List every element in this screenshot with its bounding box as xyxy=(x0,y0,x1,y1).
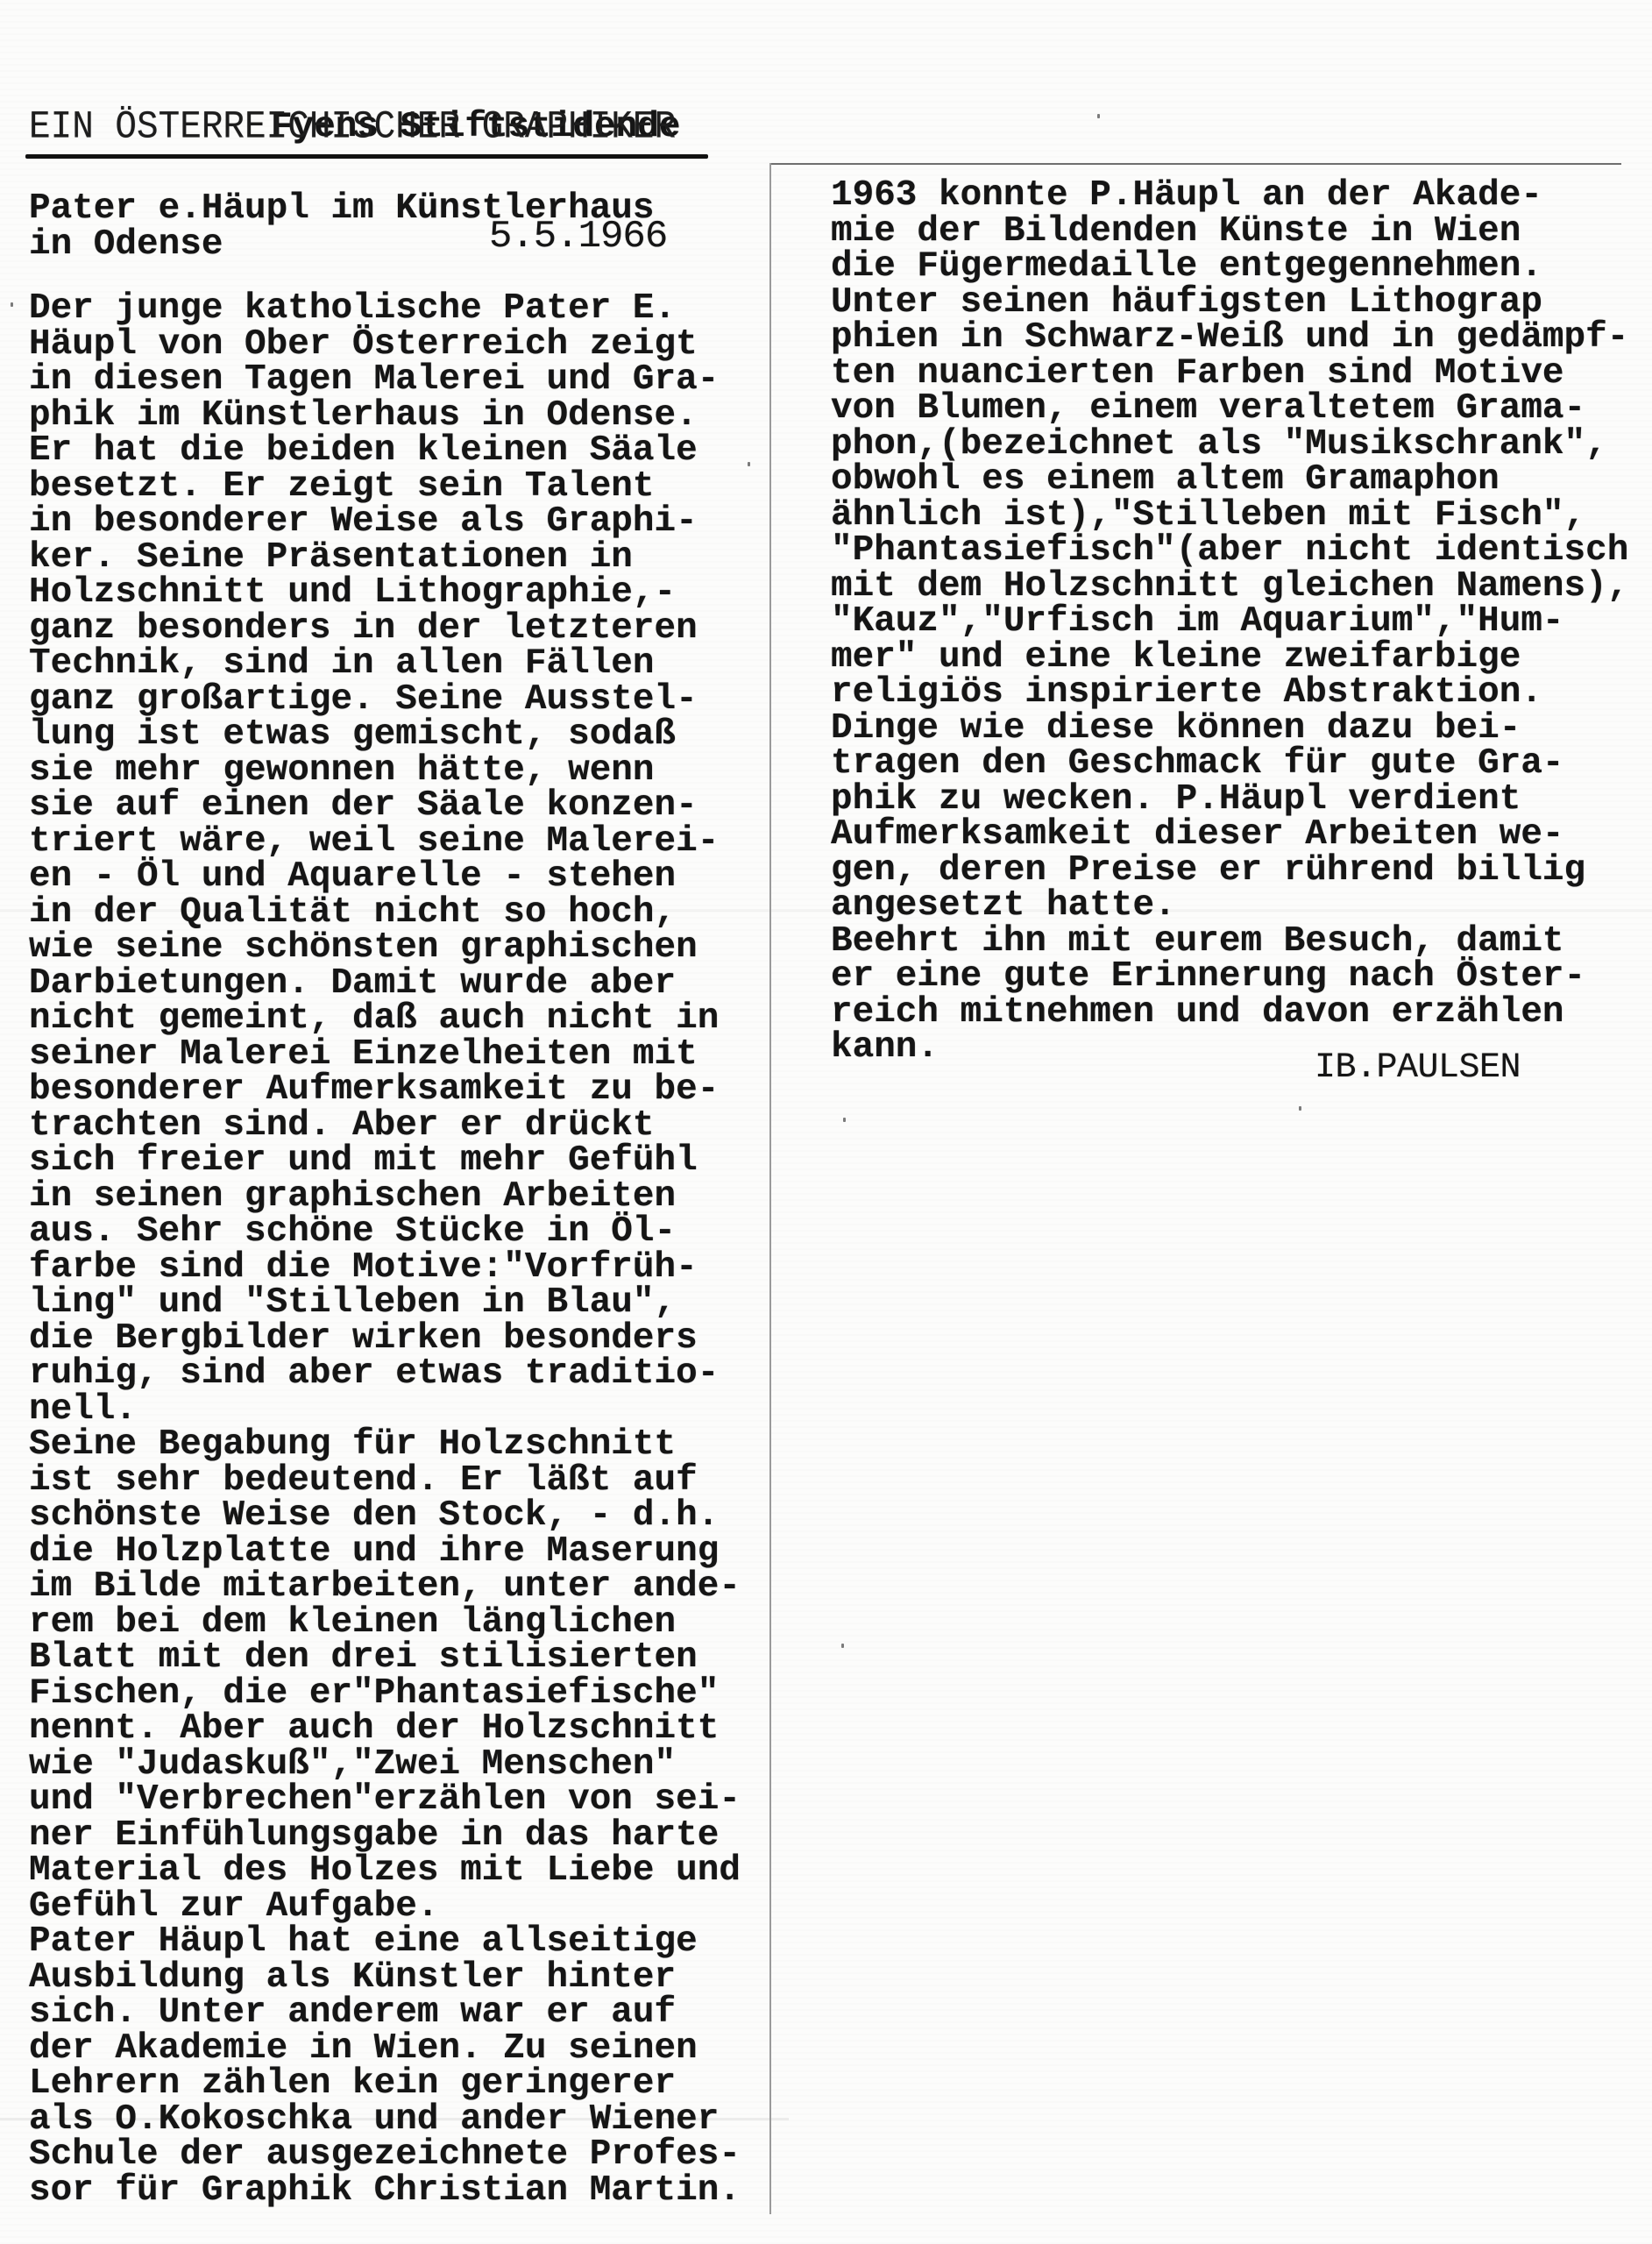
text-line: sich. Unter anderem war er auf xyxy=(29,1995,741,2031)
author-signature: IB.PAULSEN xyxy=(1315,1051,1521,1087)
text-line: Gefühl zur Aufgabe. xyxy=(29,1889,741,1925)
text-line: wie "Judaskuß","Zwei Menschen" xyxy=(29,1747,741,1783)
article-subtitle: Pater e.Häupl im Künstlerhausin Odense xyxy=(29,191,655,262)
text-line: trachten sind. Aber er drückt xyxy=(29,1108,741,1144)
ink-speck xyxy=(843,1118,846,1122)
text-line: besetzt. Er zeigt sein Talent xyxy=(29,469,741,505)
text-line: Aufmerksamkeit dieser Arbeiten we- xyxy=(831,817,1628,853)
text-line: und "Verbrechen"erzählen von sei- xyxy=(29,1782,741,1818)
text-line: sich freier und mit mehr Gefühl xyxy=(29,1143,741,1179)
left-column: Der junge katholische Pater E.Häupl von … xyxy=(29,291,741,2208)
text-line: phik zu wecken. P.Häupl verdient xyxy=(831,782,1628,818)
text-line: ker. Seine Präsentationen in xyxy=(29,540,741,576)
text-line: Unter seinen häufigsten Lithograp xyxy=(831,285,1628,321)
column-border-left xyxy=(769,163,771,2214)
text-line: schönste Weise den Stock, - d.h. xyxy=(29,1498,741,1534)
text-line: ist sehr bedeutend. Er läßt auf xyxy=(29,1463,741,1499)
text-line: mit dem Holzschnitt gleichen Namens), xyxy=(831,569,1628,605)
text-line: Schule der ausgezeichnete Profes- xyxy=(29,2137,741,2173)
text-line: Technik, sind in allen Fällen xyxy=(29,646,741,682)
text-line: Holzschnitt und Lithographie,- xyxy=(29,575,741,611)
text-line: ruhig, sind aber etwas traditio- xyxy=(29,1356,741,1392)
text-line: Er hat die beiden kleinen Säale xyxy=(29,433,741,469)
text-line: mie der Bildenden Künste in Wien xyxy=(831,214,1628,250)
text-line: in diesen Tagen Malerei und Gra- xyxy=(29,362,741,398)
text-line: von Blumen, einem veraltetem Grama- xyxy=(831,391,1628,427)
text-line: Lehrern zählen kein geringerer xyxy=(29,2066,741,2102)
text-line: in seinen graphischen Arbeiten xyxy=(29,1179,741,1215)
ink-speck xyxy=(1097,114,1100,118)
text-line: sie auf einen der Säale konzen- xyxy=(29,788,741,824)
text-line: lung ist etwas gemischt, sodaß xyxy=(29,717,741,753)
text-line: tragen den Geschmack für gute Gra- xyxy=(831,746,1628,782)
text-line: in Odense xyxy=(29,227,655,263)
ink-speck xyxy=(841,1644,844,1648)
text-line: ten nuancierten Farben sind Motive xyxy=(831,356,1628,392)
text-line: nicht gemeint, daß auch nicht in xyxy=(29,1001,741,1037)
text-line: 1963 konnte P.Häupl an der Akade- xyxy=(831,178,1628,214)
text-line: er eine gute Erinnerung nach Öster- xyxy=(831,959,1628,995)
text-line: die Fügermedaille entgegennehmen. xyxy=(831,249,1628,285)
text-line: mer" und eine kleine zweifarbige xyxy=(831,640,1628,676)
right-column: 1963 konnte P.Häupl an der Akade-mie der… xyxy=(831,178,1628,1066)
text-line: nennt. Aber auch der Holzschnitt xyxy=(29,1711,741,1747)
text-line: phon,(bezeichnet als "Musikschrank", xyxy=(831,427,1628,463)
text-line: rem bei dem kleinen länglichen xyxy=(29,1605,741,1641)
text-line: in der Qualität nicht so hoch, xyxy=(29,895,741,931)
ink-speck xyxy=(11,302,13,307)
text-line: phien in Schwarz-Weiß und in gedämpf- xyxy=(831,320,1628,356)
text-line: gen, deren Preise er rührend billig xyxy=(831,853,1628,889)
text-line: Material des Holzes mit Liebe und xyxy=(29,1853,741,1889)
text-line: Häupl von Ober Österreich zeigt xyxy=(29,327,741,363)
text-line: ling" und "Stilleben in Blau", xyxy=(29,1285,741,1321)
text-line: "Phantasiefisch"(aber nicht identisch xyxy=(831,533,1628,569)
text-line: Pater Häupl hat eine allseitige xyxy=(29,1924,741,1960)
text-line: "Kauz","Urfisch im Aquarium","Hum- xyxy=(831,604,1628,640)
text-line: Seine Begabung für Holzschnitt xyxy=(29,1427,741,1463)
text-line: religiös inspirierte Abstraktion. xyxy=(831,675,1628,711)
text-line: angesetzt hatte. xyxy=(831,888,1628,924)
ink-speck xyxy=(748,462,750,466)
text-line: ähnlich ist),"Stilleben mit Fisch", xyxy=(831,498,1628,534)
text-line: ganz großartige. Seine Ausstel- xyxy=(29,682,741,718)
ink-speck xyxy=(1299,1106,1301,1111)
headline-underline xyxy=(25,154,708,159)
text-line: triert wäre, weil seine Malerei- xyxy=(29,824,741,860)
text-line: Fischen, die er"Phantasiefische" xyxy=(29,1676,741,1712)
text-line: Pater e.Häupl im Künstlerhaus xyxy=(29,191,655,227)
text-line: sie mehr gewonnen hätte, wenn xyxy=(29,753,741,789)
text-line: die Bergbilder wirken besonders xyxy=(29,1321,741,1357)
text-line: seiner Malerei Einzelheiten mit xyxy=(29,1037,741,1073)
text-line: Blatt mit den drei stilisierten xyxy=(29,1640,741,1676)
text-line: aus. Sehr schöne Stücke in Öl- xyxy=(29,1214,741,1250)
text-line: obwohl es einem altem Gramaphon xyxy=(831,462,1628,498)
text-line: als O.Kokoschka und ander Wiener xyxy=(29,2102,741,2138)
text-line: nell. xyxy=(29,1392,741,1428)
text-line: der Akademie in Wien. Zu seinen xyxy=(29,2031,741,2067)
text-line: im Bilde mitarbeiten, unter ande- xyxy=(29,1569,741,1605)
text-line: phik im Künstlerhaus in Odense. xyxy=(29,398,741,434)
text-line: Darbietungen. Damit wurde aber xyxy=(29,966,741,1002)
article-headline: EIN ÖSTERREICHISCHER GRAPHIKER xyxy=(29,107,676,149)
text-line: ner Einfühlungsgabe in das harte xyxy=(29,1818,741,1854)
text-line: in besonderer Weise als Graphi- xyxy=(29,504,741,540)
text-line: die Holzplatte und ihre Maserung xyxy=(29,1534,741,1570)
text-line: Dinge wie diese können dazu bei- xyxy=(831,711,1628,747)
text-line: farbe sind die Motive:"Vorfrüh- xyxy=(29,1250,741,1286)
text-line: wie seine schönsten graphischen xyxy=(29,930,741,966)
text-line: Ausbildung als Künstler hinter xyxy=(29,1960,741,1996)
column-border-top xyxy=(769,163,1621,165)
text-line: reich mitnehmen und davon erzählen xyxy=(831,995,1628,1031)
text-line: Beehrt ihn mit eurem Besuch, damit xyxy=(831,924,1628,960)
text-line: sor für Graphik Christian Martin. xyxy=(29,2173,741,2209)
text-line: besonderer Aufmerksamkeit zu be- xyxy=(29,1072,741,1108)
text-line: ganz besonders in der letzteren xyxy=(29,611,741,647)
text-line: en - Öl und Aquarelle - stehen xyxy=(29,859,741,895)
text-line: Der junge katholische Pater E. xyxy=(29,291,741,327)
